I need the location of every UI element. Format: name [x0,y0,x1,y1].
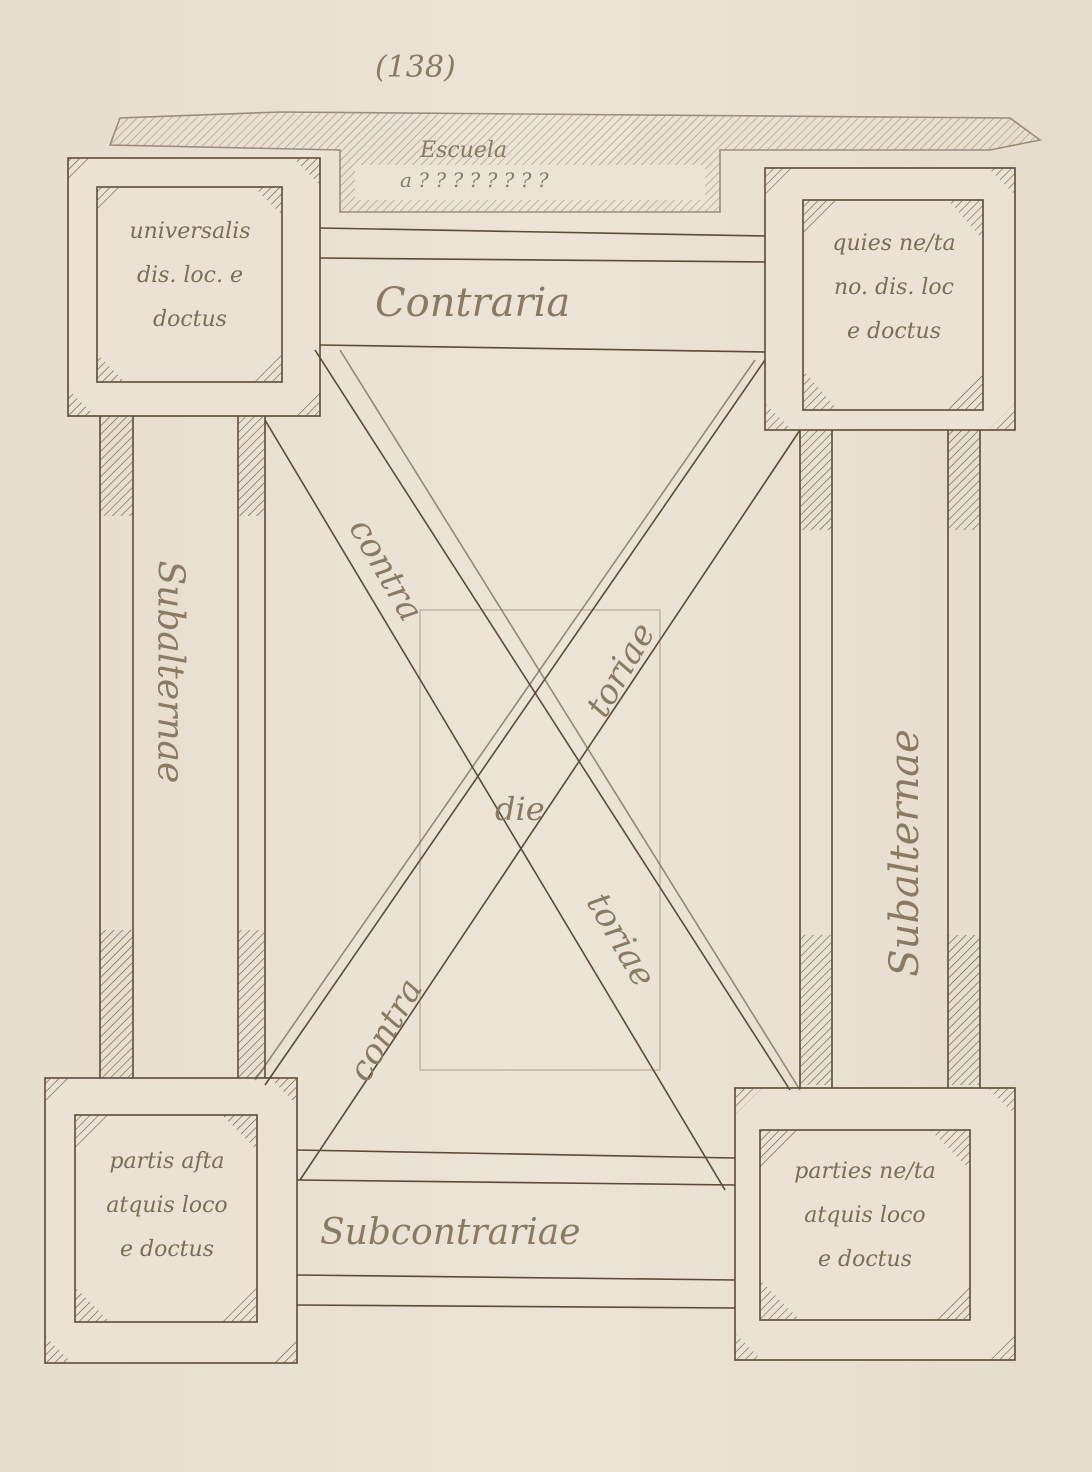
header-band-line2: a ? ? ? ? ? ? ? ? [400,168,549,192]
corner-line: e doctus [805,310,983,354]
header-band-line1: Escuela [420,138,507,163]
corner-bottom-left-text: partis afta atquis loco e doctus [78,1140,256,1272]
corner-line: no. dis. loc [805,266,983,310]
corner-line: atquis loco [78,1184,256,1228]
corner-line: e doctus [765,1238,965,1282]
corner-line: partis afta [78,1140,256,1184]
relation-subalternae-right: Subalternae [882,728,928,978]
relation-center: die [495,790,545,828]
page-number: (138) [375,50,456,85]
corner-line: dis. loc. e [100,254,280,298]
corner-line: atquis loco [765,1194,965,1238]
relation-subcontrariae: Subcontrariae [320,1212,581,1253]
corner-line: quies ne/ta [805,222,983,266]
corner-top-right-text: quies ne/ta no. dis. loc e doctus [805,222,983,354]
corner-bottom-right-text: parties ne/ta atquis loco e doctus [765,1150,965,1282]
corner-line: doctus [100,298,280,342]
manuscript-page: (138) Escuela a ? ? ? ? ? ? ? ? universa… [0,0,1092,1472]
corner-line: universalis [100,210,280,254]
relation-subalternae-left: Subalternae [150,561,191,781]
relation-contraria: Contraria [375,280,570,326]
corner-line: e doctus [78,1228,256,1272]
corner-top-left-text: universalis dis. loc. e doctus [100,210,280,342]
corner-line: parties ne/ta [765,1150,965,1194]
